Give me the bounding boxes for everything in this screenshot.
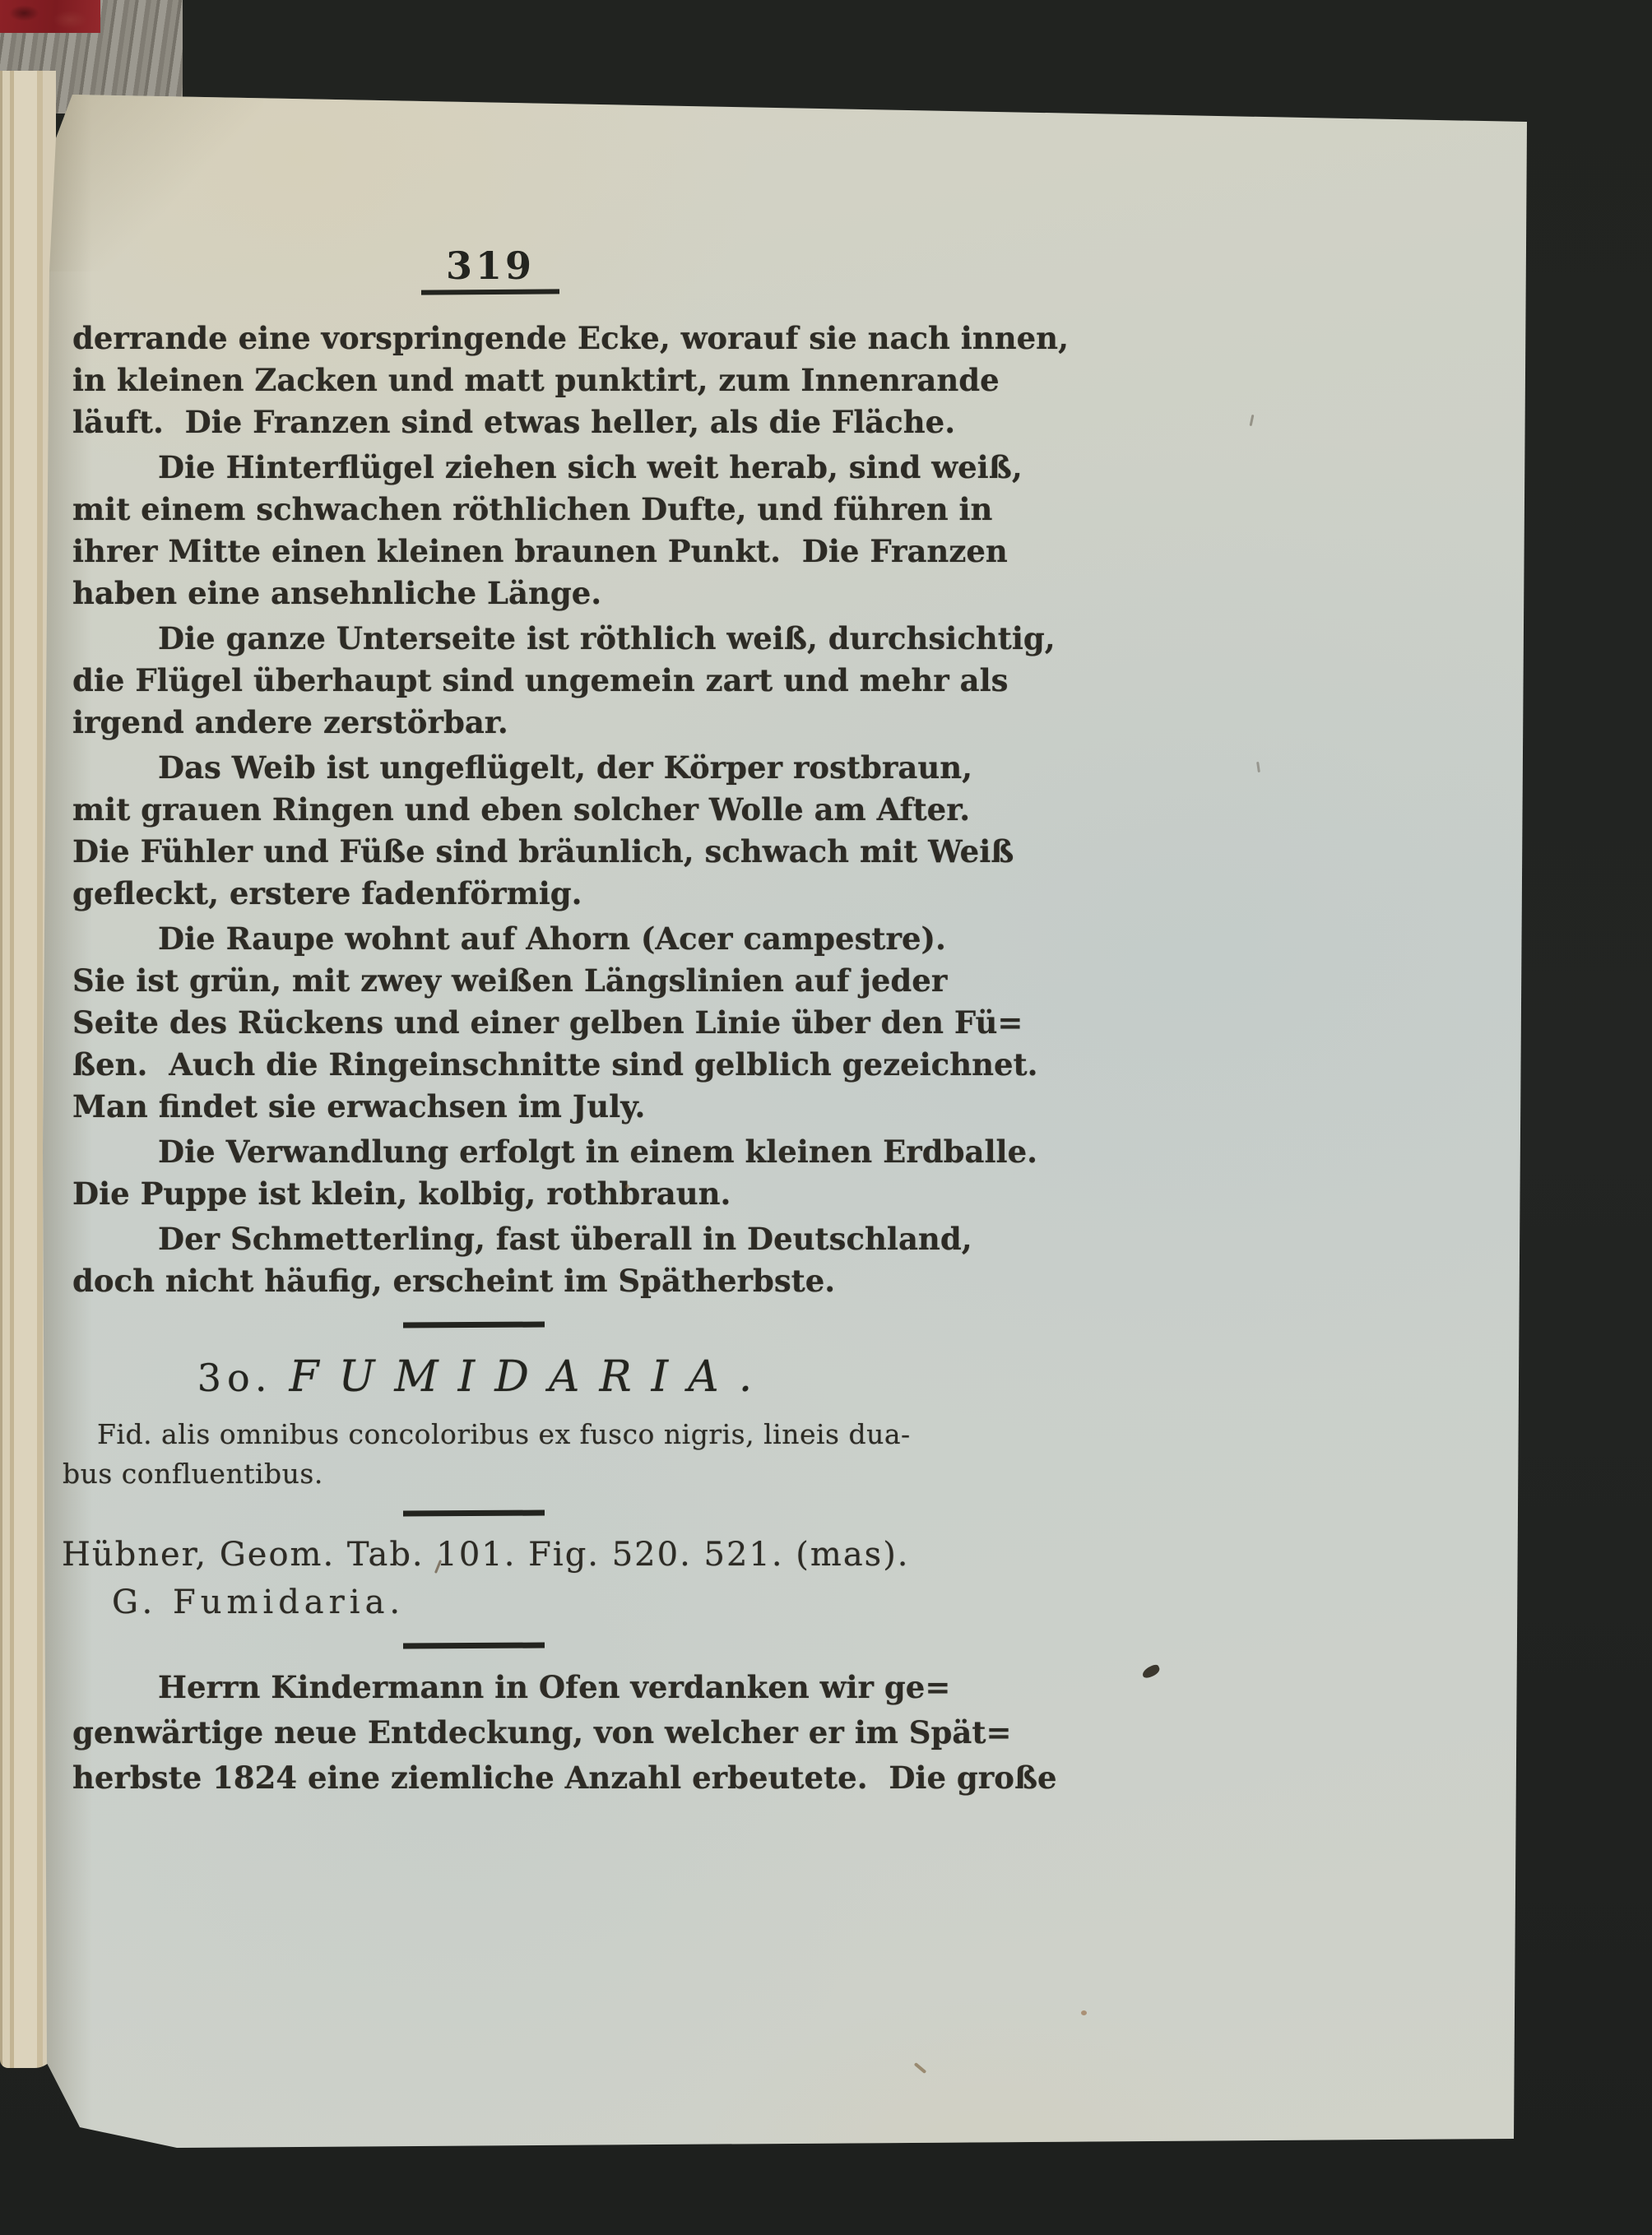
text-line: Die Puppe ist klein, kolbig, rothbraun. — [72, 1173, 959, 1215]
text-line: ßen. Auch die Ringeinschnitte sind gelbl… — [72, 1044, 959, 1086]
paragraph: Die Raupe wohnt auf Ahorn (Acer campestr… — [72, 918, 959, 1128]
text-line: Sie ist grün, mit zwey weißen Längslinie… — [72, 960, 959, 1002]
paragraph: Die Verwandlung erfolgt in einem kleinen… — [72, 1131, 959, 1215]
species-heading: 3o.FUMIDARIA. — [41, 1352, 928, 1402]
page-number-rule — [421, 289, 559, 294]
text-line: genwärtige neue Entdeckung, von welcher … — [72, 1710, 959, 1755]
book-page: 319 derrande eine vorspringende Ecke, wo… — [0, 0, 1652, 2235]
paper-tick — [1250, 415, 1255, 426]
text-line: herbste 1824 eine ziemliche Anzahl erbeu… — [72, 1755, 959, 1801]
text-line: mit grauen Ringen und eben solcher Wolle… — [72, 789, 959, 831]
text-line: Das Weib ist ungeflügelt, der Körper ros… — [72, 747, 959, 789]
page-number: 319 — [425, 243, 556, 288]
scan-background: 319 derrande eine vorspringende Ecke, wo… — [0, 0, 1652, 2235]
text-line: die Flügel überhaupt sind ungemein zart … — [72, 660, 959, 702]
paragraph: Die Hinterflügel ziehen sich weit herab,… — [72, 447, 959, 614]
text-line: mit einem schwachen röthlichen Dufte, un… — [72, 489, 959, 531]
marbled-board-edge — [0, 0, 100, 33]
text-line: Fid. alis omnibus concoloribus ex fusco … — [97, 1415, 959, 1454]
text-line: Seite des Rückens und einer gelben Linie… — [72, 1002, 959, 1044]
text-line: irgend andere zerstörbar. — [72, 702, 959, 744]
text-line: Die Raupe wohnt auf Ahorn (Acer campestr… — [72, 918, 959, 960]
text-line: Man findet sie erwachsen im July. — [72, 1086, 959, 1128]
text-line: G. Fumidaria. — [112, 1579, 959, 1626]
text-line: Die Fühler und Füße sind bräunlich, schw… — [72, 831, 959, 873]
text-column: derrande eine vorspringende Ecke, worauf… — [72, 318, 959, 1801]
paragraph: derrande eine vorspringende Ecke, worauf… — [72, 318, 959, 443]
section-divider — [403, 1643, 545, 1649]
section-divider — [403, 1510, 545, 1517]
paragraph: Die ganze Unterseite ist röthlich weiß, … — [72, 618, 959, 744]
text-line: Die Verwandlung erfolgt in einem kleinen… — [72, 1131, 959, 1173]
text-line: ihrer Mitte einen kleinen braunen Punkt.… — [72, 531, 959, 573]
paper-stain — [625, 1185, 629, 1189]
paragraph: Herrn Kindermann in Ofen verdanken wir g… — [72, 1665, 959, 1801]
text-line: bus confluentibus. — [63, 1454, 959, 1494]
ink-speck — [1141, 1663, 1162, 1680]
paper-stain — [1081, 2010, 1087, 2015]
text-line: läuft. Die Franzen sind etwas heller, al… — [72, 401, 959, 443]
text-line: Die Hinterflügel ziehen sich weit herab,… — [72, 447, 959, 489]
text-line: gefleckt, erstere fadenförmig. — [72, 873, 959, 915]
paragraph: Das Weib ist ungeflügelt, der Körper ros… — [72, 747, 959, 915]
paper-tick — [1256, 762, 1260, 772]
species-name: FUMIDARIA. — [290, 1352, 773, 1402]
paragraph: Fid. alis omnibus concoloribus ex fusco … — [72, 1415, 959, 1494]
text-line: in kleinen Zacken und matt punktirt, zum… — [72, 359, 959, 401]
text-line: haben eine ansehnliche Länge. — [72, 573, 959, 614]
species-number: 3o. — [197, 1356, 273, 1400]
text-line: doch nicht häufig, erscheint im Spätherb… — [72, 1260, 959, 1302]
page-curl-shading — [49, 90, 263, 271]
paragraph: Der Schmetterling, fast überall in Deuts… — [72, 1218, 959, 1302]
text-line: Die ganze Unterseite ist röthlich weiß, … — [72, 618, 959, 660]
text-line: Herrn Kindermann in Ofen verdanken wir g… — [72, 1665, 959, 1710]
text-line: derrande eine vorspringende Ecke, worauf… — [72, 318, 959, 359]
text-line: Hübner, Geom. Tab. 101. Fig. 520. 521. (… — [62, 1531, 959, 1579]
text-line: Der Schmetterling, fast überall in Deuts… — [72, 1218, 959, 1260]
paragraph: Hübner, Geom. Tab. 101. Fig. 520. 521. (… — [72, 1531, 959, 1626]
section-divider — [403, 1322, 545, 1328]
paper-fiber — [914, 2062, 927, 2074]
